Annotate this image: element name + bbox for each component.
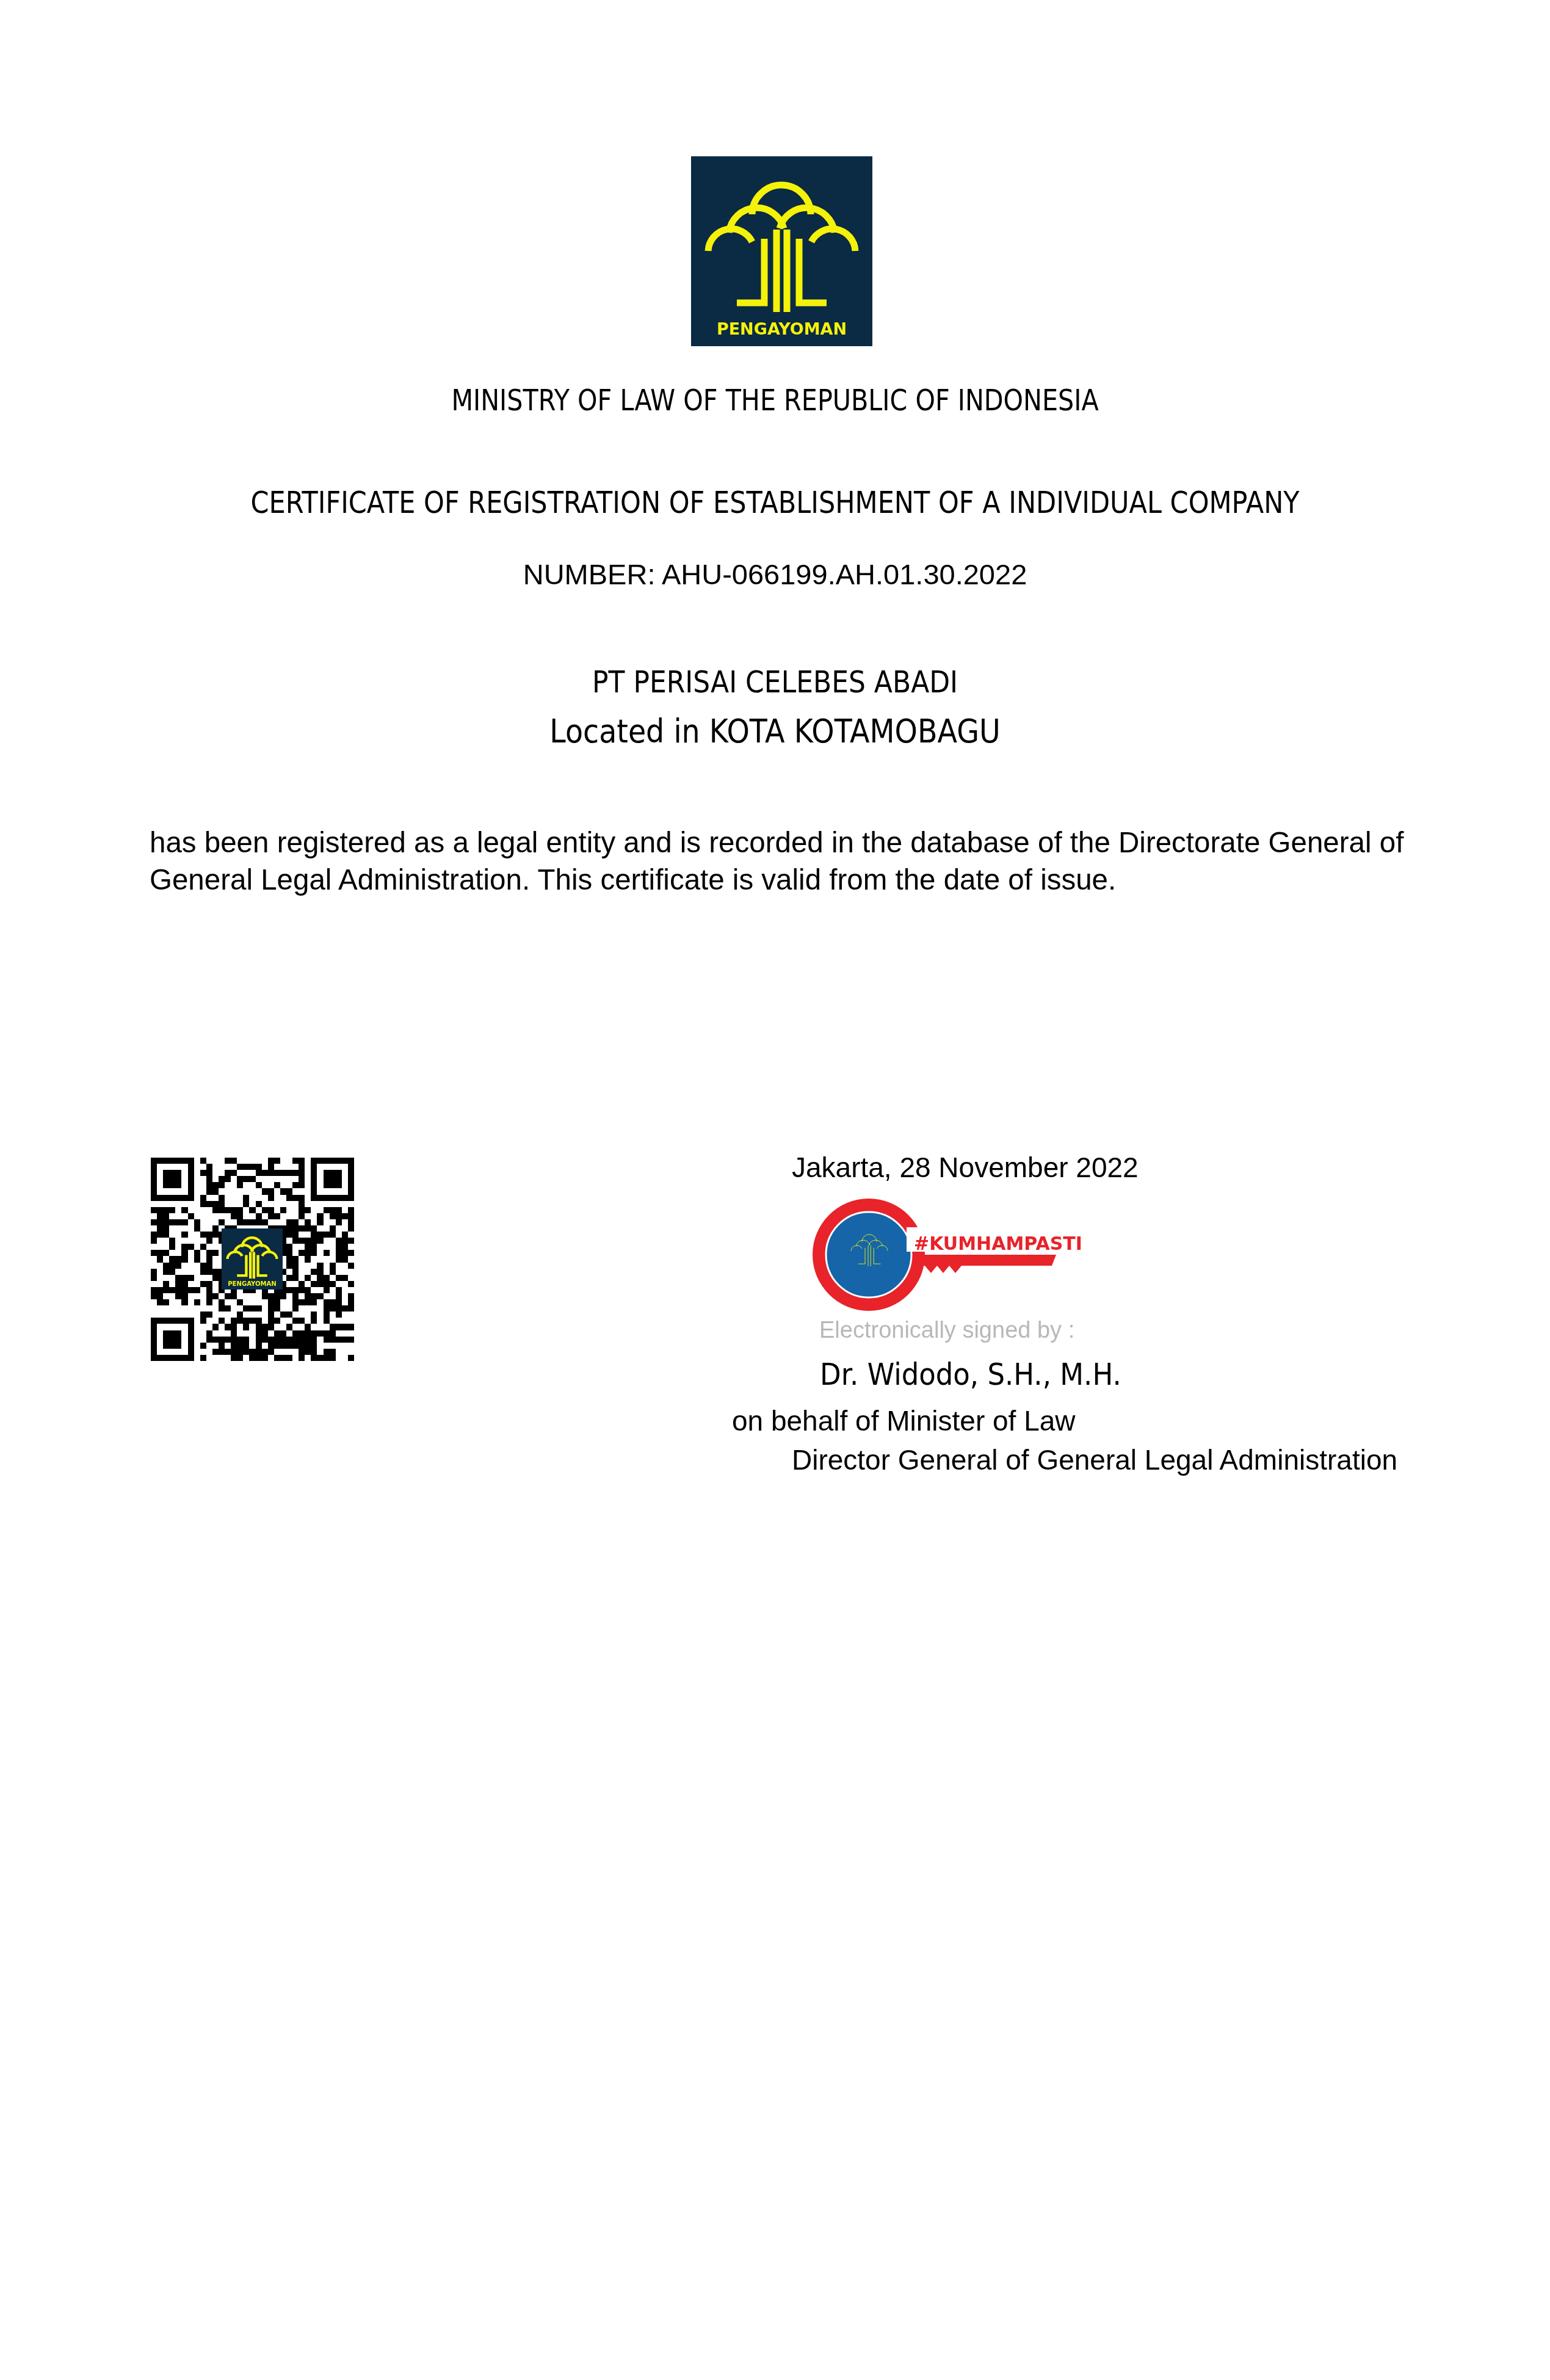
signer-title: Director General of General Legal Admini… — [792, 1443, 1397, 1476]
qr-center-logo: PENGAYOMAN — [222, 1228, 283, 1290]
kumhampasti-key-icon: #KUMHAMPASTI — [809, 1194, 1102, 1316]
company-location: Located in KOTA KOTAMOBAGU — [93, 712, 1457, 750]
company-name: PT PERISAI CELEBES ABADI — [93, 664, 1457, 700]
ministry-heading: MINISTRY OF LAW OF THE REPUBLIC OF INDON… — [109, 383, 1442, 418]
pengayoman-logo: PENGAYOMAN — [691, 156, 872, 346]
signer-name: Dr. Widodo, S.H., M.H. — [820, 1357, 1121, 1392]
svg-text:#KUMHAMPASTI: #KUMHAMPASTI — [914, 1233, 1082, 1255]
pengayoman-emblem-icon: PENGAYOMAN — [691, 156, 872, 346]
place-and-date: Jakarta, 28 November 2022 — [792, 1151, 1139, 1184]
svg-text:PENGAYOMAN: PENGAYOMAN — [717, 320, 847, 339]
electronically-signed-label: Electronically signed by : — [819, 1318, 1074, 1344]
svg-text:PENGAYOMAN: PENGAYOMAN — [228, 1281, 277, 1288]
pengayoman-emblem-icon: PENGAYOMAN — [222, 1228, 283, 1290]
certificate-title: CERTIFICATE OF REGISTRATION OF ESTABLISH… — [109, 485, 1442, 520]
certificate-number: NUMBER: AHU-066199.AH.01.30.2022 — [0, 557, 1550, 591]
kumhampasti-stamp: #KUMHAMPASTI — [809, 1194, 1102, 1316]
on-behalf-text: on behalf of Minister of Law — [732, 1404, 1076, 1437]
registration-statement: has been registered as a legal entity an… — [150, 824, 1450, 899]
